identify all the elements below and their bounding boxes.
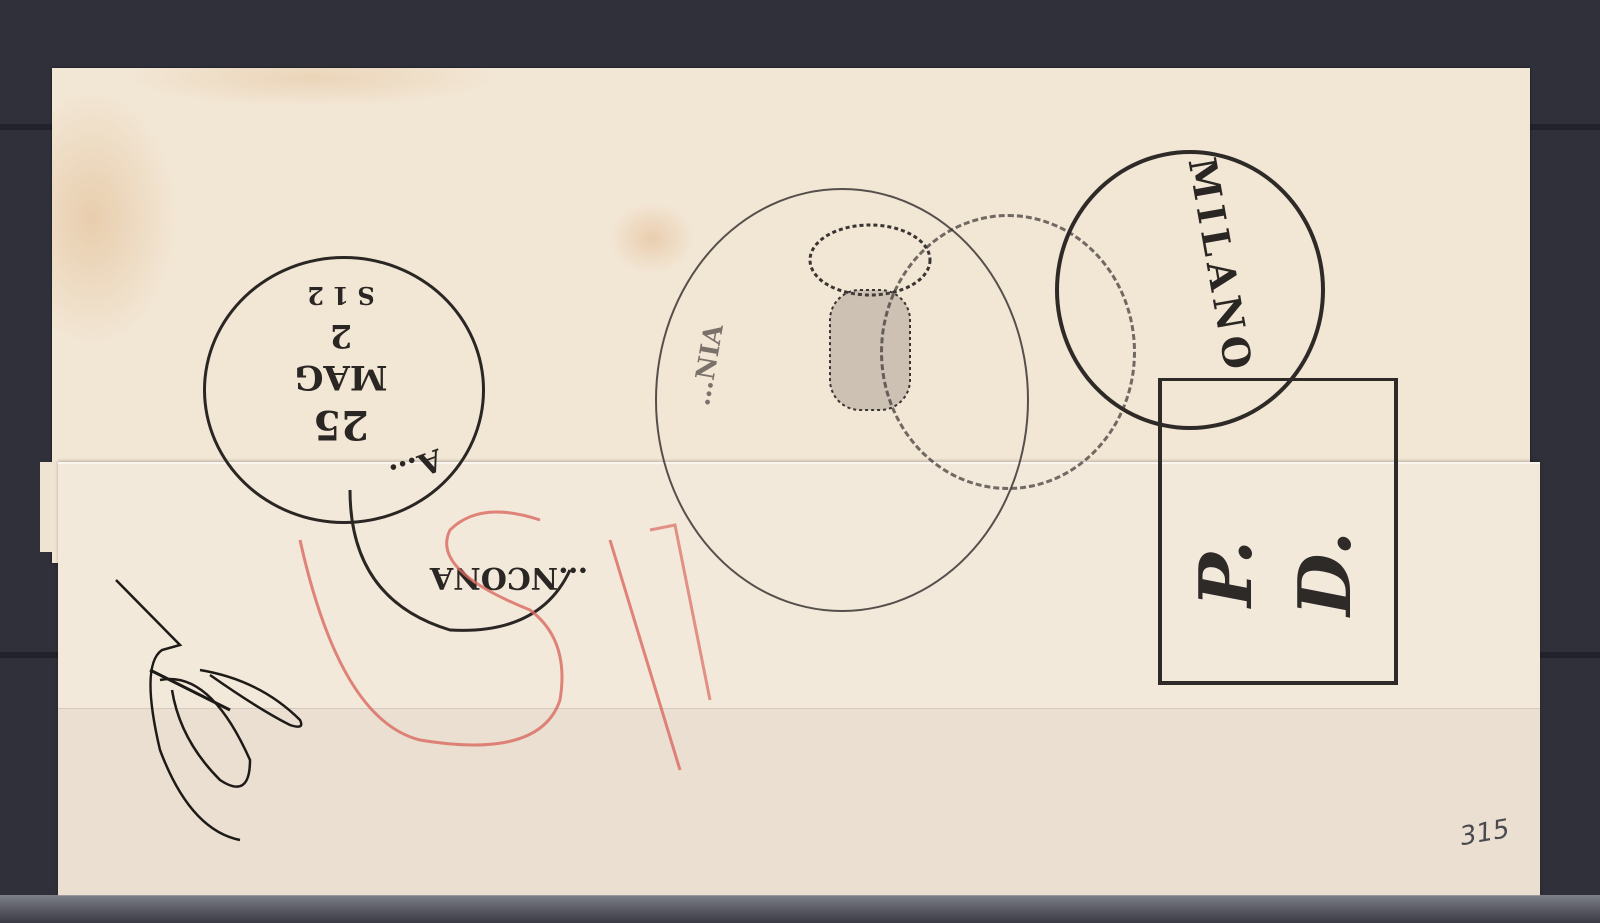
cover-left-tab: [40, 462, 60, 552]
red-crayon-mark: [280, 500, 730, 780]
datestamp-day: 25: [301, 401, 381, 448]
protective-sleeve-edge: [0, 895, 1600, 923]
pd-handstamp: P. D.: [1158, 378, 1398, 685]
datestamp-month: MAG: [286, 357, 396, 397]
arms-text: …NIA: [686, 322, 730, 408]
pd-line1: P.: [1183, 540, 1268, 607]
datestamp-line4: S 1 2: [286, 281, 396, 310]
datestamp-line3: 2: [311, 317, 371, 355]
pd-line2: D.: [1282, 531, 1367, 616]
manuscript-flourish: [110, 570, 310, 850]
milano-town: MILANO: [1179, 154, 1258, 359]
